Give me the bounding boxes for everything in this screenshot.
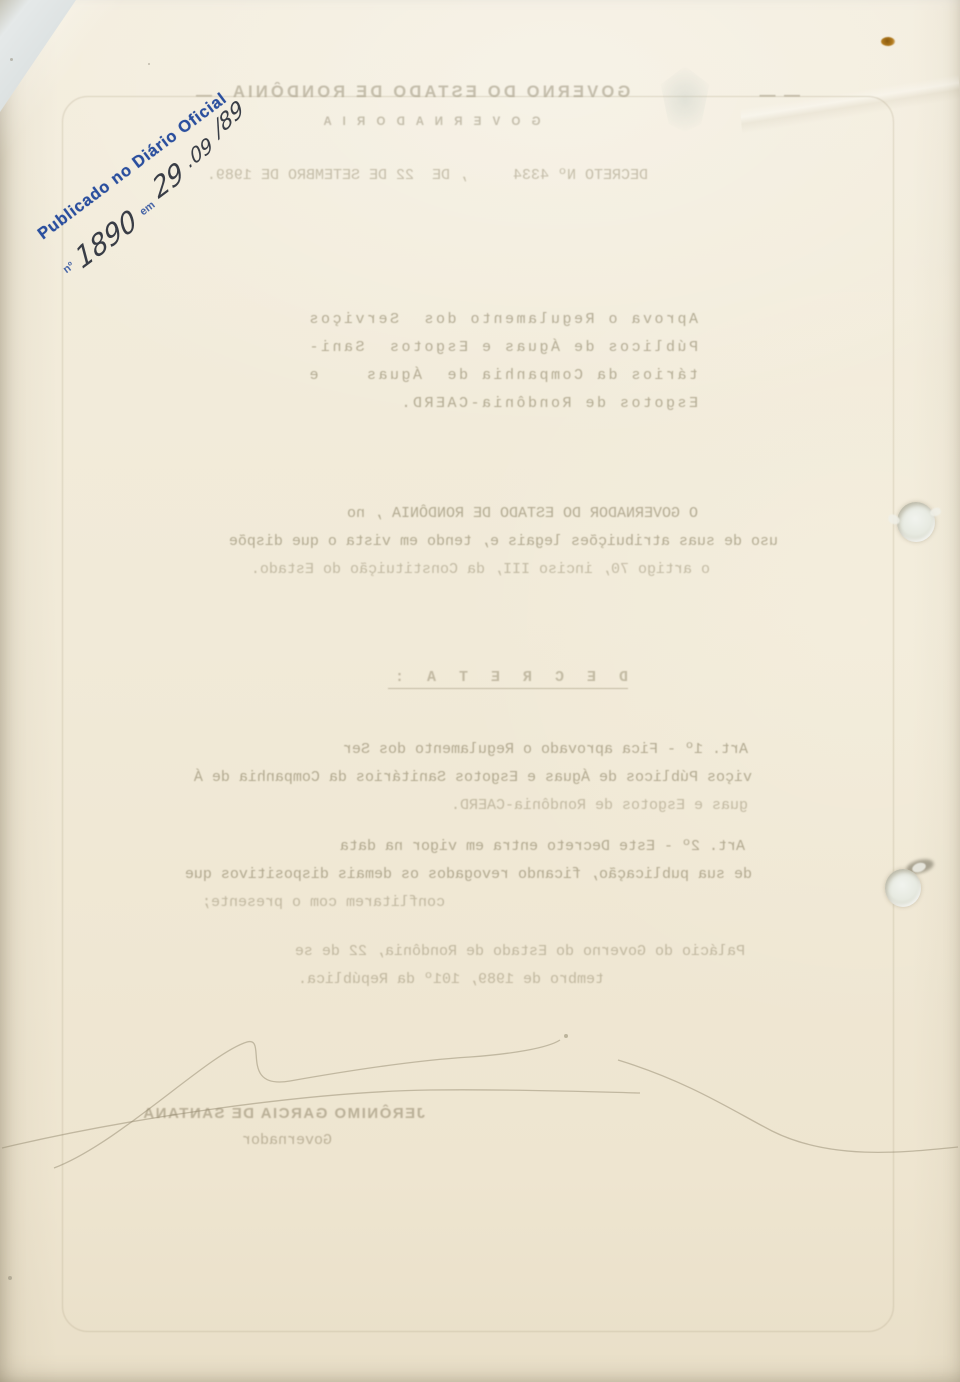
stamp-date-label: em xyxy=(138,199,158,218)
dust-speck xyxy=(148,63,150,65)
handwritten-day: 29 xyxy=(148,156,188,206)
dust-speck xyxy=(10,58,13,61)
punch-hole xyxy=(897,502,935,542)
scanned-decree-page: { "page": { "background_color": "#d7dddd… xyxy=(0,0,960,1382)
dust-speck xyxy=(8,1276,12,1280)
punch-hole xyxy=(885,869,921,907)
stain-spot xyxy=(881,37,895,46)
stamp-number-label: nº xyxy=(61,260,77,276)
